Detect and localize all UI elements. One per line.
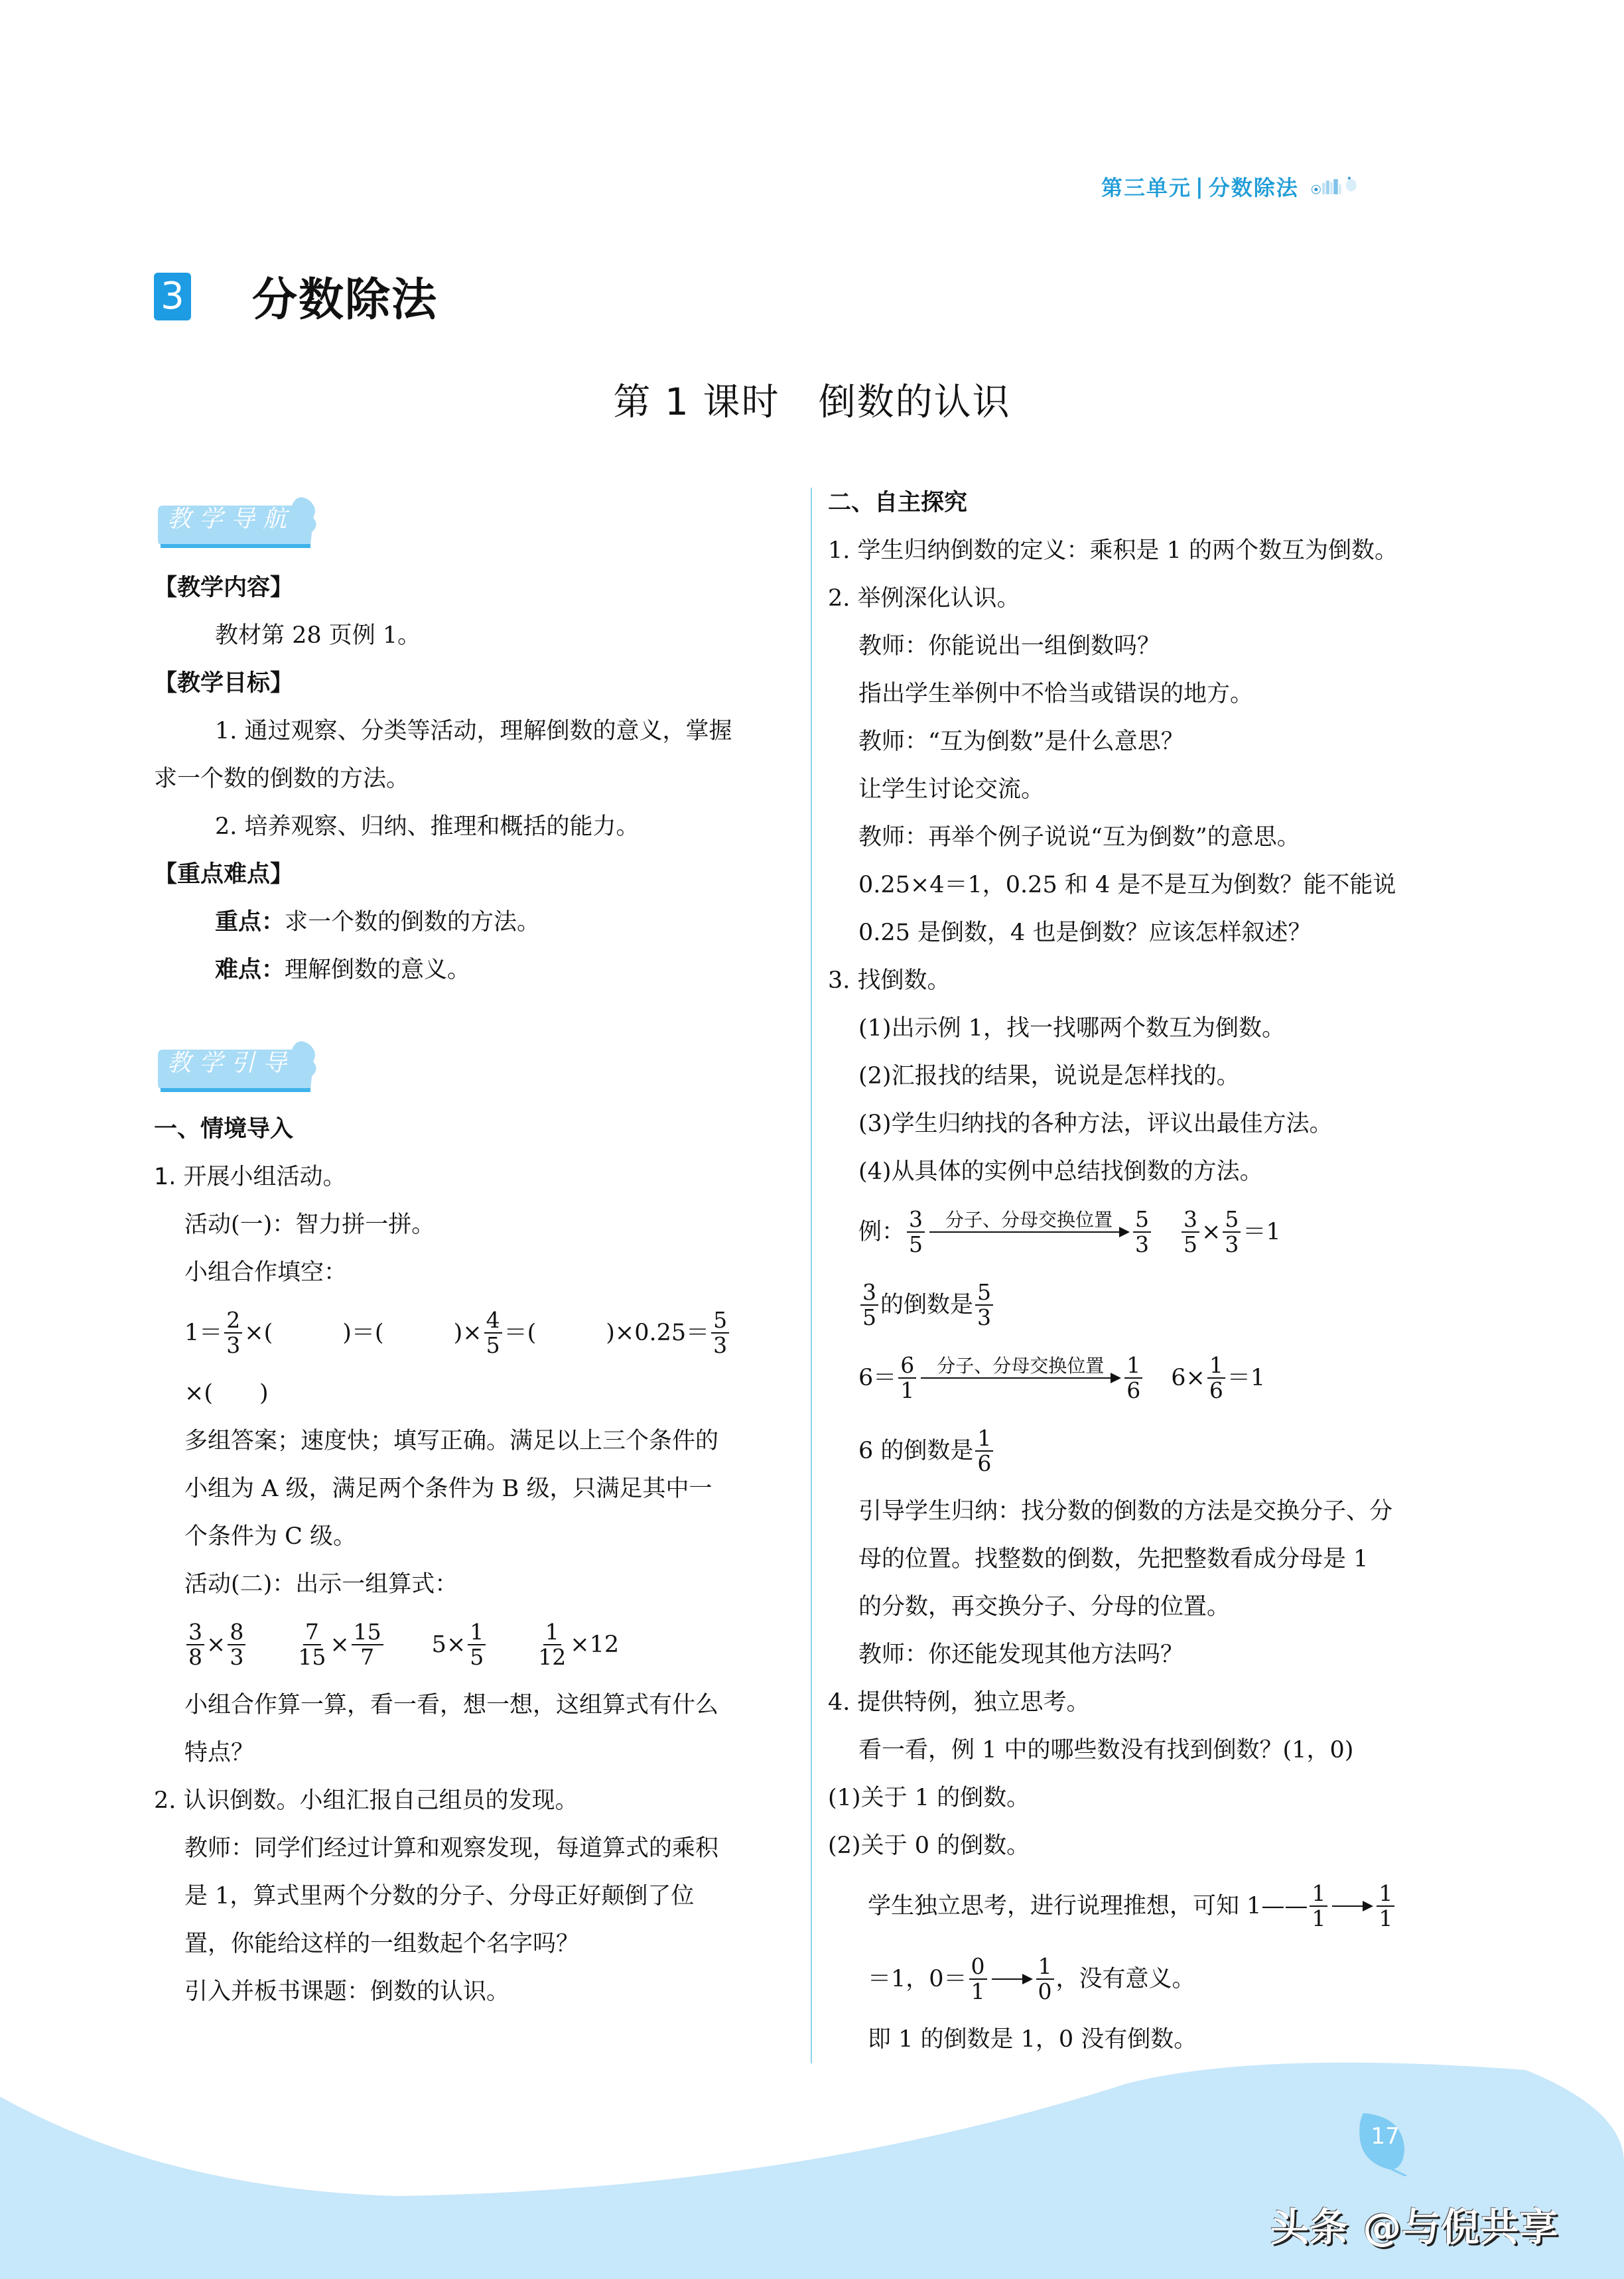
text-line: 母的位置。找整数的倒数，先把整数看成分母是 1 xyxy=(828,1535,1491,1583)
left-column: 【教学内容】 教材第 28 页例 1。 【教学目标】 1. 通过观察、分类等活动… xyxy=(154,564,797,994)
r-item-3: 3. 找倒数。 xyxy=(828,957,1491,1004)
text-line: 0.25 是倒数，4 也是倒数？应该怎样叙述？ xyxy=(828,909,1491,957)
text-line: 看一看，例 1 中的哪些数没有找到倒数？(1，0) xyxy=(828,1726,1491,1774)
content-text: 教材第 28 页例 1。 xyxy=(154,612,797,659)
fraction: 35 xyxy=(907,1208,925,1257)
fraction: 112 xyxy=(536,1620,568,1669)
fill-blank-equation: 1＝ 23 ×( )＝( )× 45 ＝( )×0.25＝ 53 xyxy=(154,1296,797,1369)
unit-header: 第三单元 | 分数除法 xyxy=(1101,157,1444,216)
fraction: 16 xyxy=(1124,1353,1142,1403)
eq-part: ×( )＝( )× xyxy=(244,1309,482,1357)
tag-label: 教学导航 xyxy=(167,500,295,534)
unit-label: 第三单元 xyxy=(1101,171,1191,202)
r-item-1: 1. 学生归纳倒数的定义：乘积是 1 的两个数互为倒数。 xyxy=(828,527,1491,575)
fraction: 53 xyxy=(1133,1208,1151,1257)
rule-line-2: 小组为 A 级，满足两个条件为 B 级，只满足其中一 xyxy=(154,1465,797,1513)
text-line: (2)汇报找的结果，说说是怎样找的。 xyxy=(828,1052,1491,1100)
equation-continuation: ×( ) xyxy=(154,1369,797,1417)
chapter-heading: 3 分数除法 xyxy=(154,264,438,328)
fraction: 16 xyxy=(975,1426,993,1476)
r-item-4: 4. 提供特例，独立思考。 xyxy=(828,1679,1491,1726)
left-column-guide: 一、情境导入 1. 开展小组活动。 活动(一)：智力拼一拼。 小组合作填空： 1… xyxy=(154,1105,797,2016)
reasoning-line-2: ＝1，0＝ 01 10 ，没有意义。 xyxy=(828,1943,1491,2016)
example-fraction: 例： 35 分子、分母交换位置 53 35×53＝1 xyxy=(828,1196,1491,1269)
fraction: 45 xyxy=(484,1308,502,1357)
teacher-line-1: 教师：同学们经过计算和观察发现，每道算式的乘积 xyxy=(154,1825,797,1872)
fraction: 53 xyxy=(1223,1208,1241,1257)
rule-line-1: 多组答案；速度快；填写正确。满足以上三个条件的 xyxy=(154,1417,797,1465)
section-1-heading: 一、情境导入 xyxy=(154,1105,797,1153)
text-line: (3)学生归纳找的各种方法，评议出最佳方法。 xyxy=(828,1100,1491,1148)
fraction: 15 xyxy=(468,1620,486,1669)
eq-part: 1＝ xyxy=(184,1309,222,1357)
fraction: 53 xyxy=(975,1280,993,1330)
expression-group: 38×83 715×157 5×15 112×12 xyxy=(154,1608,797,1681)
heading-content: 【教学内容】 xyxy=(154,564,797,612)
text-line: (1)出示例 1，找一找哪两个数互为倒数。 xyxy=(828,1004,1491,1052)
text-line: (1)关于 1 的倒数。 xyxy=(828,1774,1491,1822)
fraction: 53 xyxy=(711,1308,729,1357)
tag-label: 教学引导 xyxy=(167,1044,295,1078)
right-column: 二、自主探究 1. 学生归纳倒数的定义：乘积是 1 的两个数互为倒数。 2. 举… xyxy=(828,479,1491,2063)
item-1: 1. 开展小组活动。 xyxy=(154,1153,797,1201)
goal-1-line-2: 求一个数的倒数的方法。 xyxy=(154,755,797,803)
example-integer-conclusion: 6 的倒数是16 xyxy=(828,1415,1491,1487)
column-divider xyxy=(811,488,812,2063)
difficulty-label: 难点： xyxy=(215,957,285,983)
activity-1: 活动(一)：智力拼一拼。 xyxy=(154,1201,797,1249)
text-line: 教师：你能说出一组倒数吗？ xyxy=(828,622,1491,670)
rule-line-3: 个条件为 C 级。 xyxy=(154,1513,797,1560)
text-line: 教师：你还能发现其他方法吗？ xyxy=(828,1631,1491,1679)
fraction: 16 xyxy=(1207,1353,1225,1403)
fill-blank-label: 小组合作填空： xyxy=(154,1249,797,1296)
reasoning-line-1: 学生独立思考，进行说理推想，可知 1—— 11 11 xyxy=(828,1870,1491,1943)
unit-separator: | xyxy=(1195,174,1205,199)
tag-teaching-guide: 教学引导 xyxy=(153,1035,318,1089)
swap-arrow-icon: 分子、分母交换位置 xyxy=(929,1209,1128,1255)
arrow-icon xyxy=(1332,1905,1372,1907)
text-line: 指出学生举例中不恰当或错误的地方。 xyxy=(828,670,1491,718)
fraction: 35 xyxy=(860,1280,878,1330)
fraction: 11 xyxy=(1310,1882,1327,1931)
fraction: 01 xyxy=(969,1955,987,2004)
swap-arrow-icon: 分子、分母交换位置 xyxy=(921,1355,1120,1401)
key-text: 求一个数的倒数的方法。 xyxy=(285,909,540,935)
section-2-heading: 二、自主探究 xyxy=(828,479,1491,527)
page-number: 17 xyxy=(1365,2123,1405,2150)
difficulty-text: 理解倒数的意义。 xyxy=(285,957,470,983)
fraction: 10 xyxy=(1036,1955,1054,2004)
key-label: 重点： xyxy=(215,909,285,935)
goal-1-line-1: 1. 通过观察、分类等活动，理解倒数的意义，掌握 xyxy=(154,707,797,755)
watermark: 头条 @与倪共享 xyxy=(1270,2196,1558,2252)
text-line: 让学生讨论交流。 xyxy=(828,766,1491,813)
chapter-title: 分数除法 xyxy=(252,264,438,328)
text-line: 引导学生归纳：找分数的倒数的方法是交换分子、分 xyxy=(828,1487,1491,1535)
unit-topic: 分数除法 xyxy=(1209,171,1299,202)
fraction: 157 xyxy=(352,1620,383,1669)
heading-goals: 【教学目标】 xyxy=(154,659,797,707)
difficult-point: 难点：理解倒数的意义。 xyxy=(154,946,797,994)
fraction: 38 xyxy=(186,1620,204,1669)
key-point: 重点：求一个数的倒数的方法。 xyxy=(154,898,797,946)
activity-2: 活动(二)：出示一组算式： xyxy=(154,1560,797,1608)
text-line: (4)从具体的实例中总结找倒数的方法。 xyxy=(828,1148,1491,1196)
fraction: 35 xyxy=(1182,1208,1199,1257)
r-item-2: 2. 举例深化认识。 xyxy=(828,575,1491,622)
arrow-icon xyxy=(992,1978,1032,1980)
example-integer: 6＝ 61 分子、分母交换位置 16 6×16＝1 xyxy=(828,1342,1491,1415)
text-line: 教师：“互为倒数”是什么意思？ xyxy=(828,718,1491,766)
intro-title: 引入并板书课题：倒数的认识。 xyxy=(154,1968,797,2016)
question-line-1: 小组合作算一算，看一看，想一想，这组算式有什么 xyxy=(154,1681,797,1729)
lesson-title: 第 1 课时 倒数的认识 xyxy=(0,373,1624,426)
fraction: 715 xyxy=(296,1620,328,1669)
eq-part: ＝( )×0.25＝ xyxy=(504,1309,710,1357)
goal-2: 2. 培养观察、归纳、推理和概括的能力。 xyxy=(154,803,797,851)
fraction: 11 xyxy=(1377,1882,1394,1931)
text-line: 的分数，再交换分子、分母的位置。 xyxy=(828,1583,1491,1631)
text-line: 0.25×4＝1，0.25 和 4 是不是互为倒数？能不能说 xyxy=(828,861,1491,909)
fraction: 23 xyxy=(224,1308,242,1357)
header-illustration-icon xyxy=(1311,157,1444,216)
example-fraction-conclusion: 35的倒数是53 xyxy=(828,1269,1491,1342)
chapter-number-badge: 3 xyxy=(154,273,191,320)
teacher-line-3: 置，你能给这样的一组数起个名字吗？ xyxy=(154,1920,797,1968)
tag-teaching-navigation: 教学导航 xyxy=(153,491,318,545)
fraction: 61 xyxy=(898,1353,916,1403)
question-line-2: 特点？ xyxy=(154,1729,797,1777)
item-2: 2. 认识倒数。小组汇报自己组员的发现。 xyxy=(154,1777,797,1825)
text-line: (2)关于 0 的倒数。 xyxy=(828,1822,1491,1870)
fraction: 83 xyxy=(228,1620,245,1669)
teacher-line-2: 是 1，算式里两个分数的分子、分母正好颠倒了位 xyxy=(154,1872,797,1920)
heading-keypoints: 【重点难点】 xyxy=(154,851,797,898)
text-line: 教师：再举个例子说说“互为倒数”的意思。 xyxy=(828,813,1491,861)
